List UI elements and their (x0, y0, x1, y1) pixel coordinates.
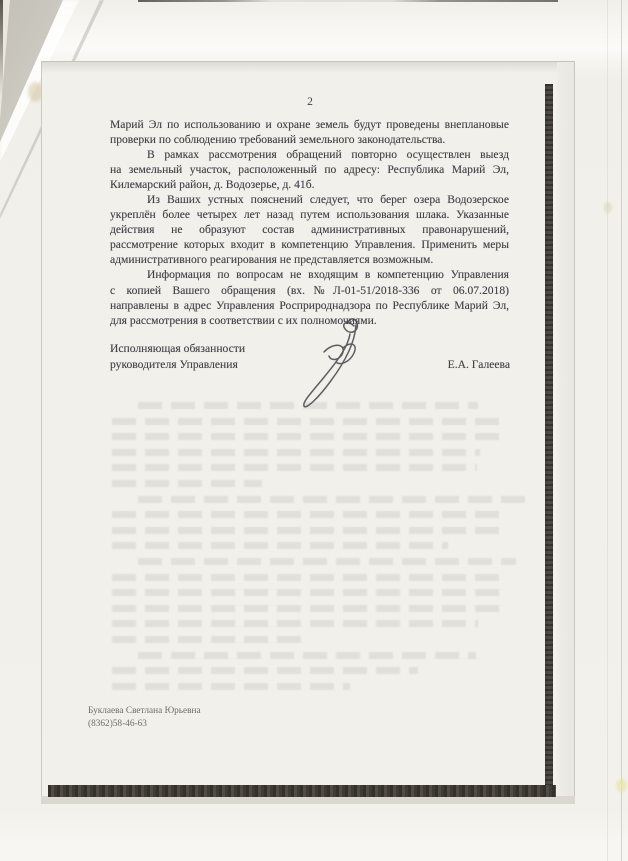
signature-icon (296, 316, 368, 416)
scan-streak (621, 0, 622, 861)
body-line: Информация по вопросам не входящим в ком… (110, 267, 509, 282)
bleed-line (112, 433, 504, 440)
body-line: на земельный участок, расположенный по а… (110, 162, 509, 177)
bleed-line (112, 527, 504, 534)
bleed-line (112, 511, 504, 518)
body-line: Из Ваших устных пояснений следует, что б… (110, 192, 509, 207)
page-bottom-shadow-band (41, 796, 575, 804)
scan-shadow-bar-horizontal (48, 785, 556, 797)
page-number: 2 (110, 96, 510, 108)
bleed-line (112, 464, 477, 471)
signoff-role-line1: Исполняющая обязанности (110, 341, 245, 357)
bleed-line (112, 620, 478, 627)
scan-shadow-bar-vertical (545, 84, 553, 797)
executor-phone: (8362)58-46-63 (88, 718, 201, 731)
bleed-line (138, 652, 476, 659)
body-line: проверки по соблюдению требований земель… (110, 132, 509, 147)
body-line: Килемарский район, д. Водозерье, д. 41б. (110, 177, 509, 192)
scan-top-edge-artifact (138, 0, 558, 2)
bleed-line (112, 636, 310, 643)
bleed-line (112, 683, 350, 690)
bleed-line (112, 480, 262, 487)
signoff-role-line2: руководителя Управления (110, 357, 245, 373)
bleed-through-text (112, 402, 510, 698)
body-line: В рамках рассмотрения обращений повторно… (110, 147, 509, 162)
bleed-line (112, 667, 418, 674)
bleed-line (112, 589, 504, 596)
signatory-name: Е.А. Галеева (400, 358, 510, 371)
bleed-line (138, 558, 516, 565)
bleed-line (112, 449, 480, 456)
bleed-line (112, 542, 448, 549)
body-line: укреплён более четырех лет назад путем и… (110, 207, 509, 222)
signoff-role: Исполняющая обязанности руководителя Упр… (110, 341, 245, 373)
bleed-line (138, 496, 526, 503)
page-edge-shadow-strip (557, 62, 574, 803)
body-line: рассмотрение которых входит в компетенци… (110, 237, 509, 252)
folded-corner-edge (0, 0, 3, 96)
body-line: административного реагирования не предст… (110, 252, 509, 267)
body-line: с копией Вашего обращения (вх.№Л-01-51/2… (110, 283, 509, 298)
paper-stain (604, 202, 612, 213)
bleed-line (112, 418, 504, 425)
executor-contact: Буклаева Светлана Юрьевна (8362)58-46-63 (88, 705, 201, 731)
body-line: действия не образуют состав администрати… (110, 222, 509, 237)
bleed-line (112, 605, 502, 612)
bleed-line (112, 574, 504, 581)
executor-name: Буклаева Светлана Юрьевна (88, 705, 201, 718)
scanned-letter-page: 2 Марий Эл по использованию и охране зем… (0, 0, 628, 861)
paper-stain (616, 779, 627, 792)
letter-body: Марий Эл по использованию и охране земел… (110, 117, 509, 328)
body-line: направлены в адрес Управления Росприродн… (110, 298, 509, 313)
body-line: Марий Эл по использованию и охране земел… (110, 117, 509, 132)
scan-streak (607, 0, 608, 861)
